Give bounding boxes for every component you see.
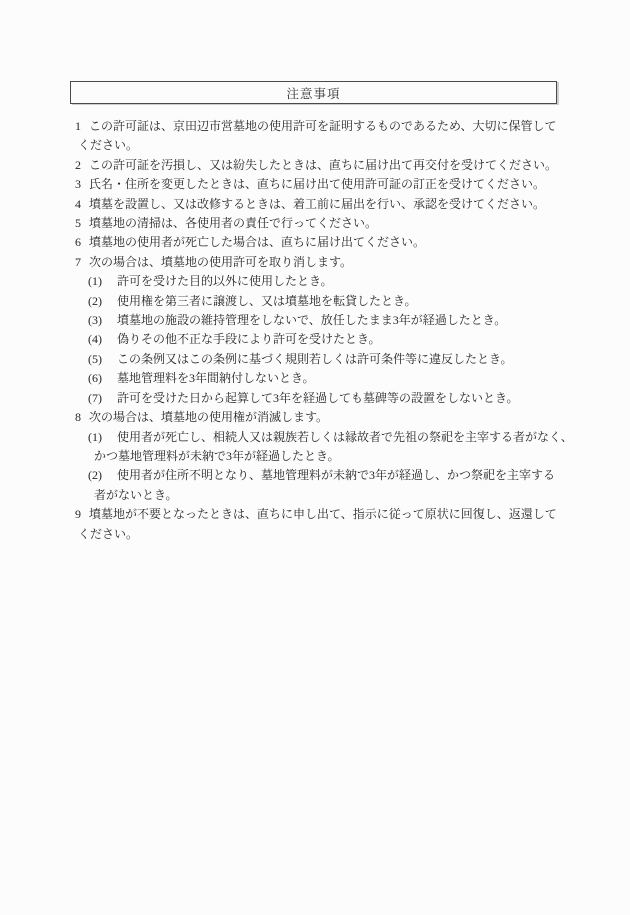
- item-number: 8: [75, 408, 89, 427]
- item-number: 7: [75, 253, 89, 272]
- sub-list-item: (3)墳墓地の施設の維持管理をしないで、放任したまま3年が経過したとき。: [0, 311, 630, 330]
- item-text: 墳墓地が不要となったときは、直ちに申し出て、指示に従って原状に回復し、返還して: [89, 507, 557, 521]
- list-item: 4墳墓を設置し、又は改修するときは、着工前に届出を行い、承認を受けてください。: [0, 195, 630, 214]
- item-text: 墳墓を設置し、又は改修するときは、着工前に届出を行い、承認を受けてください。: [89, 197, 545, 211]
- item-number: 5: [75, 214, 89, 233]
- sub-continuation-line: 者がないとき。: [0, 486, 630, 505]
- continuation-line: ください。: [0, 136, 630, 155]
- sub-list-item: (2)使用者が住所不明となり、墓地管理料が未納で3年が経過し、かつ祭祀を主宰する: [0, 466, 630, 485]
- item-number: 1: [75, 117, 89, 136]
- item-text: 次の場合は、墳墓地の使用権が消滅します。: [89, 410, 328, 424]
- item-number: (2): [88, 292, 117, 311]
- item-text: この条例又はこの条例に基づく規則若しくは許可条件等に違反したとき。: [117, 352, 513, 366]
- item-text: 偽りその他不正な手段により許可を受けたとき。: [117, 332, 381, 346]
- sub-list-item: (6)墓地管理料を3年間納付しないとき。: [0, 369, 630, 388]
- item-text: 次の場合は、墳墓地の使用許可を取り消します。: [89, 255, 352, 269]
- list-item: 5墳墓地の清掃は、各使用者の責任で行ってください。: [0, 214, 630, 233]
- item-text: 氏名・住所を変更したときは、直ちに届け出て使用許可証の訂正を受けてください。: [89, 177, 545, 191]
- list-item: 9墳墓地が不要となったときは、直ちに申し出て、指示に従って原状に回復し、返還して: [0, 505, 630, 524]
- item-number: (5): [88, 350, 117, 369]
- item-number: 2: [75, 156, 89, 175]
- item-text: ください。: [78, 138, 138, 152]
- item-number: (6): [88, 369, 117, 388]
- item-text: この許可証は、京田辺市営墓地の使用許可を証明するものであるため、大切に保管して: [89, 119, 557, 133]
- sub-list-item: (2)使用権を第三者に譲渡し、又は墳墓地を転貸したとき。: [0, 292, 630, 311]
- item-text: この許可証を汚損し、又は紛失したときは、直ちに届け出て再交付を受けてください。: [89, 158, 557, 172]
- page-title: 注意事項: [286, 84, 340, 102]
- item-number: (2): [88, 466, 117, 485]
- list-item: 1この許可証は、京田辺市営墓地の使用許可を証明するものであるため、大切に保管して: [0, 117, 630, 136]
- item-text: 使用権を第三者に譲渡し、又は墳墓地を転貸したとき。: [117, 294, 417, 308]
- item-number: (1): [88, 272, 117, 291]
- list-item: 7次の場合は、墳墓地の使用許可を取り消します。: [0, 253, 630, 272]
- item-text: 者がないとき。: [94, 488, 178, 502]
- sub-list-item: (5)この条例又はこの条例に基づく規則若しくは許可条件等に違反したとき。: [0, 350, 630, 369]
- item-number: (1): [88, 428, 117, 447]
- list-item: 3氏名・住所を変更したときは、直ちに届け出て使用許可証の訂正を受けてください。: [0, 175, 630, 194]
- sub-list-item: (1)使用者が死亡し、相続人又は親族若しくは縁故者で先祖の祭祀を主宰する者がなく…: [0, 428, 630, 447]
- list-item: 8次の場合は、墳墓地の使用権が消滅します。: [0, 408, 630, 427]
- item-text: 使用者が死亡し、相続人又は親族若しくは縁故者で先祖の祭祀を主宰する者がなく、: [117, 430, 573, 444]
- sub-continuation-line: かつ墓地管理料が未納で3年が経過したとき。: [0, 447, 630, 466]
- item-number: (3): [88, 311, 117, 330]
- continuation-line: ください。: [0, 525, 630, 544]
- document-page: 注意事項 1この許可証は、京田辺市営墓地の使用許可を証明するものであるため、大切…: [0, 0, 630, 915]
- list-item: 6墳墓地の使用者が死亡した場合は、直ちに届け出てください。: [0, 233, 630, 252]
- item-text: 墳墓地の施設の維持管理をしないで、放任したまま3年が経過したとき。: [117, 313, 506, 327]
- item-number: 3: [75, 175, 89, 194]
- item-text: 許可を受けた日から起算して3年を経過しても墓碑等の設置をしないとき。: [117, 391, 519, 405]
- sub-list-item: (4)偽りその他不正な手段により許可を受けたとき。: [0, 330, 630, 349]
- item-number: 4: [75, 195, 89, 214]
- item-text: 墓地管理料を3年間納付しないとき。: [117, 371, 315, 385]
- item-text: 墳墓地の清掃は、各使用者の責任で行ってください。: [89, 216, 377, 230]
- item-text: ください。: [78, 527, 138, 541]
- item-number: 9: [75, 505, 89, 524]
- item-text: かつ墓地管理料が未納で3年が経過したとき。: [94, 449, 340, 463]
- sub-list-item: (7)許可を受けた日から起算して3年を経過しても墓碑等の設置をしないとき。: [0, 389, 630, 408]
- item-number: (7): [88, 389, 117, 408]
- title-box: 注意事項: [70, 81, 557, 104]
- item-text: 墳墓地の使用者が死亡した場合は、直ちに届け出てください。: [89, 235, 425, 249]
- list-item: 2この許可証を汚損し、又は紛失したときは、直ちに届け出て再交付を受けてください。: [0, 156, 630, 175]
- document-lines: 1この許可証は、京田辺市営墓地の使用許可を証明するものであるため、大切に保管して…: [0, 117, 630, 544]
- item-text: 使用者が住所不明となり、墓地管理料が未納で3年が経過し、かつ祭祀を主宰する: [117, 468, 555, 482]
- item-number: 6: [75, 233, 89, 252]
- item-text: 許可を受けた目的以外に使用したとき。: [117, 274, 333, 288]
- item-number: (4): [88, 330, 117, 349]
- sub-list-item: (1)許可を受けた目的以外に使用したとき。: [0, 272, 630, 291]
